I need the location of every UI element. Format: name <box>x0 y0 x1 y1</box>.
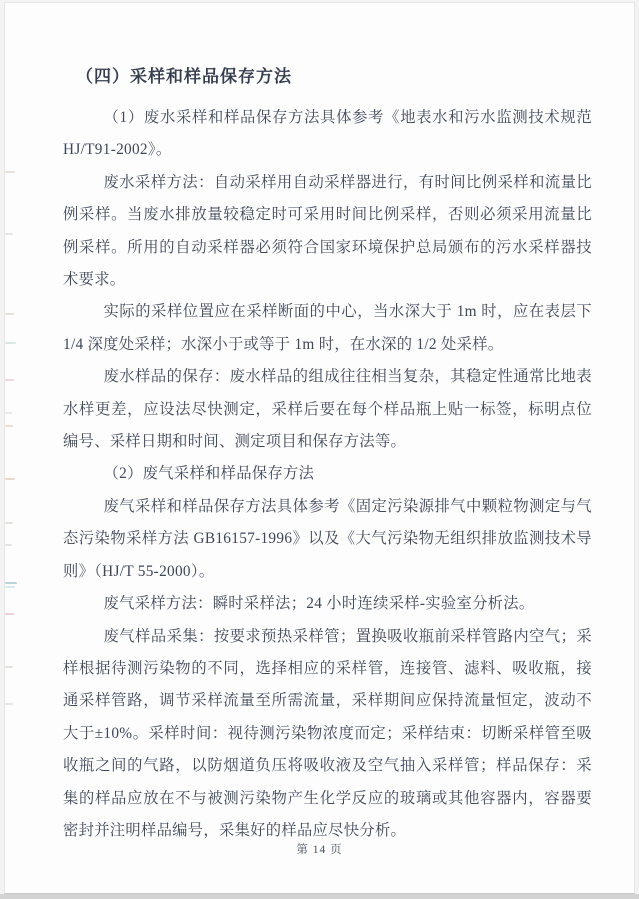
section-title: （四）采样和样品保存方法 <box>76 65 592 89</box>
document-body: （四）采样和样品保存方法 （1）废水采样和样品保存方法具体参考《地表水和污水监测… <box>63 65 592 847</box>
scan-edge-shadow <box>0 894 639 899</box>
paragraph-exhaust-gas-method: 废气采样方法：瞬时采样法；24 小时连续采样-实验室分析法。 <box>63 588 592 620</box>
paragraph-exhaust-gas-collection: 废气样品采集：按要求预热采样管；置换吸收瓶前采样管路内空气；采样根据待测污染物的… <box>63 621 592 848</box>
page-number: 第 14 页 <box>5 841 634 857</box>
paragraph-wastewater-reference: （1）废水采样和样品保存方法具体参考《地表水和污水监测技术规范 HJ/T91-2… <box>63 102 592 167</box>
scanned-document: { "document": { "section_title": "（四）采样和… <box>0 0 639 899</box>
paragraph-sampling-position: 实际的采样位置应在采样断面的中心，当水深大于 1m 时，应在表层下 1/4 深度… <box>63 296 592 361</box>
paragraph-exhaust-gas-reference: 废气采样和样品保存方法具体参考《固定污染源排气中颗粒物测定与气态污染物采样方法 … <box>63 491 592 588</box>
document-page: （四）采样和样品保存方法 （1）废水采样和样品保存方法具体参考《地表水和污水监测… <box>4 2 635 894</box>
paragraph-exhaust-gas-heading: （2）废气采样和样品保存方法 <box>63 458 592 490</box>
paragraph-wastewater-method: 废水采样方法：自动采样用自动采样器进行，有时间比例采样和流量比例采样。当废水排放… <box>63 167 592 297</box>
paragraph-wastewater-preservation: 废水样品的保存：废水样品的组成往往相当复杂，其稳定性通常比地表水样更差，应设法尽… <box>63 361 592 458</box>
